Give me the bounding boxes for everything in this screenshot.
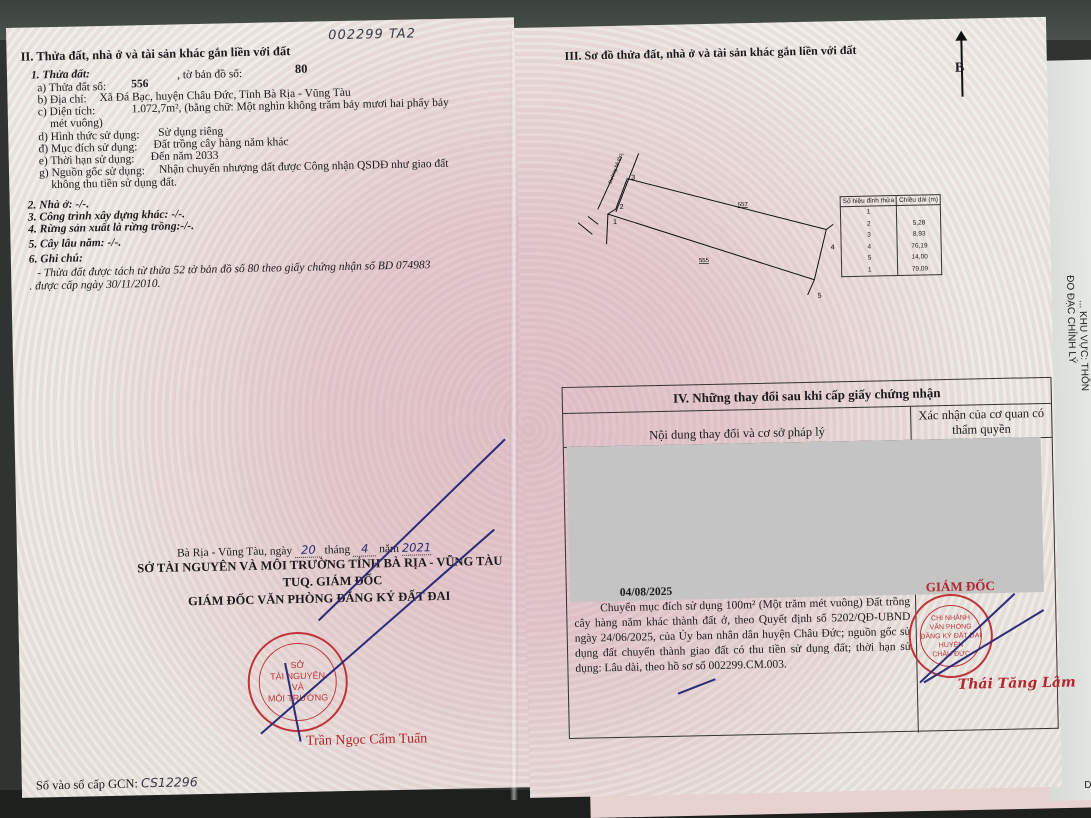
stamp-line: TÀI NGUYÊN	[270, 670, 325, 682]
road-label: Đường bê tông	[608, 151, 626, 185]
use-term-value: Đến năm 2033	[151, 150, 219, 163]
side-card-corner: DD	[1084, 780, 1091, 791]
change-entry-text: Chuyển mục đích sử dụng 100m² (Một trăm …	[574, 595, 911, 677]
notes-line1: - Thửa đất được tách từ thửa 52 tờ bản đ…	[37, 259, 431, 279]
signing-tuq: TUQ. GIÁM ĐỐC	[283, 574, 383, 588]
signing-place: Bà Rịa - Vũng Tàu, ngày	[177, 545, 292, 559]
redacted-area	[567, 437, 1044, 602]
parcel-label-555: 555	[699, 258, 710, 264]
parcel-number-value: 556	[131, 78, 148, 90]
vertex-cell: 1	[842, 264, 899, 277]
signing-office: GIÁM ĐỐC VĂN PHÒNG ĐĂNG KÝ ĐẤT ĐAI	[188, 590, 451, 607]
register-label-text: Số vào sổ cấp GCN:	[36, 776, 138, 792]
length-cell: 14,00	[898, 251, 942, 263]
map-sheet-value: 80	[295, 63, 308, 75]
official-stamp-left: SỞ TÀI NGUYÊN VÀ MÔI TRƯỜNG	[247, 631, 349, 733]
length-cell: 5,28	[897, 217, 941, 229]
vertex-2: 2	[620, 204, 624, 211]
stamp-line: SỞ	[290, 660, 304, 671]
register-label: Số vào sổ cấp GCN: CS12296	[36, 776, 198, 791]
notes-line2: . được cấp ngày 30/11/2010.	[29, 278, 160, 293]
signing-month: 4	[353, 541, 377, 556]
right-page: III. Sơ đồ thửa đất, nhà ở và tài sản kh…	[514, 17, 1062, 798]
stamp-line: VÀ	[292, 682, 304, 693]
vertex-length-table: Số hiệu đỉnh thửa Chiều dài (m) 125,2838…	[840, 194, 943, 277]
address-label: b) Địa chỉ:	[37, 93, 86, 106]
item-perennial-trees: 5. Cây lâu năm: -/-.	[28, 237, 121, 251]
parcel-diagram: Đường bê tông 557 555 1 2 3 4 5	[567, 149, 870, 315]
stamp-line: VĂN PHÒNG	[930, 622, 972, 632]
left-page: 002299 TA2 II. Thửa đất, nhà ở và tài sả…	[6, 17, 530, 797]
signing-day: 20	[295, 543, 322, 559]
item-planted-forest: 4. Rừng sản xuất là rừng trồng:-/-.	[28, 220, 194, 235]
map-sheet-label: , tờ bản đồ số:	[177, 68, 242, 81]
table-row: 179,09	[842, 263, 943, 277]
vertex-3: 3	[631, 174, 635, 181]
register-value: CS12296	[141, 774, 198, 790]
col-header-confirm: Xác nhận của cơ quan có thẩm quyền	[911, 404, 1052, 440]
signing-month-label: tháng	[324, 544, 350, 557]
length-cell	[897, 205, 941, 218]
side-card-line2: ... KHU VỰC: THÔN	[1077, 300, 1090, 391]
length-cell: 79,09	[898, 263, 942, 276]
length-cell: 8,93	[897, 228, 941, 240]
parcel-number-label: a) Thửa đất số:	[37, 81, 106, 94]
section-iii-title: III. Sơ đồ thửa đất, nhà ở và tài sản kh…	[564, 43, 856, 64]
signing-year: 2021	[402, 540, 432, 556]
side-card-line1: ĐO ĐẠC CHỈNH LÝ	[1064, 275, 1077, 364]
origin-value-cont: không thu tiền sử dụng đất.	[51, 176, 177, 191]
parcel-label-557: 557	[738, 202, 749, 208]
handwritten-doc-number: 002299 TA2	[328, 26, 416, 43]
signer-name-right: Thái Tăng Lâm	[958, 674, 1076, 692]
area-value-cont: mét vuông)	[50, 117, 103, 130]
use-purpose-value: Đất trồng cây hàng năm khác	[153, 136, 288, 151]
north-label: B	[955, 61, 965, 77]
length-cell: 76,19	[897, 240, 941, 252]
vertex-5: 5	[818, 293, 822, 300]
stamp-line: CHI NHÁNH	[931, 613, 970, 623]
vertex-1: 1	[613, 219, 617, 226]
confirm-title: GIÁM ĐỐC	[926, 578, 995, 595]
vertex-4: 4	[831, 244, 835, 251]
change-entry: 04/08/2025 Chuyển mục đích sử dụng 100m²…	[574, 580, 912, 677]
signer-name-left: Trần Ngọc Cẩm Tuấn	[306, 731, 428, 750]
notes-heading: 6. Ghi chú:	[29, 252, 83, 265]
parcel-heading: 1. Thửa đất:	[31, 68, 90, 81]
section-ii-title: II. Thửa đất, nhà ở và tài sản khác gắn …	[20, 44, 290, 65]
